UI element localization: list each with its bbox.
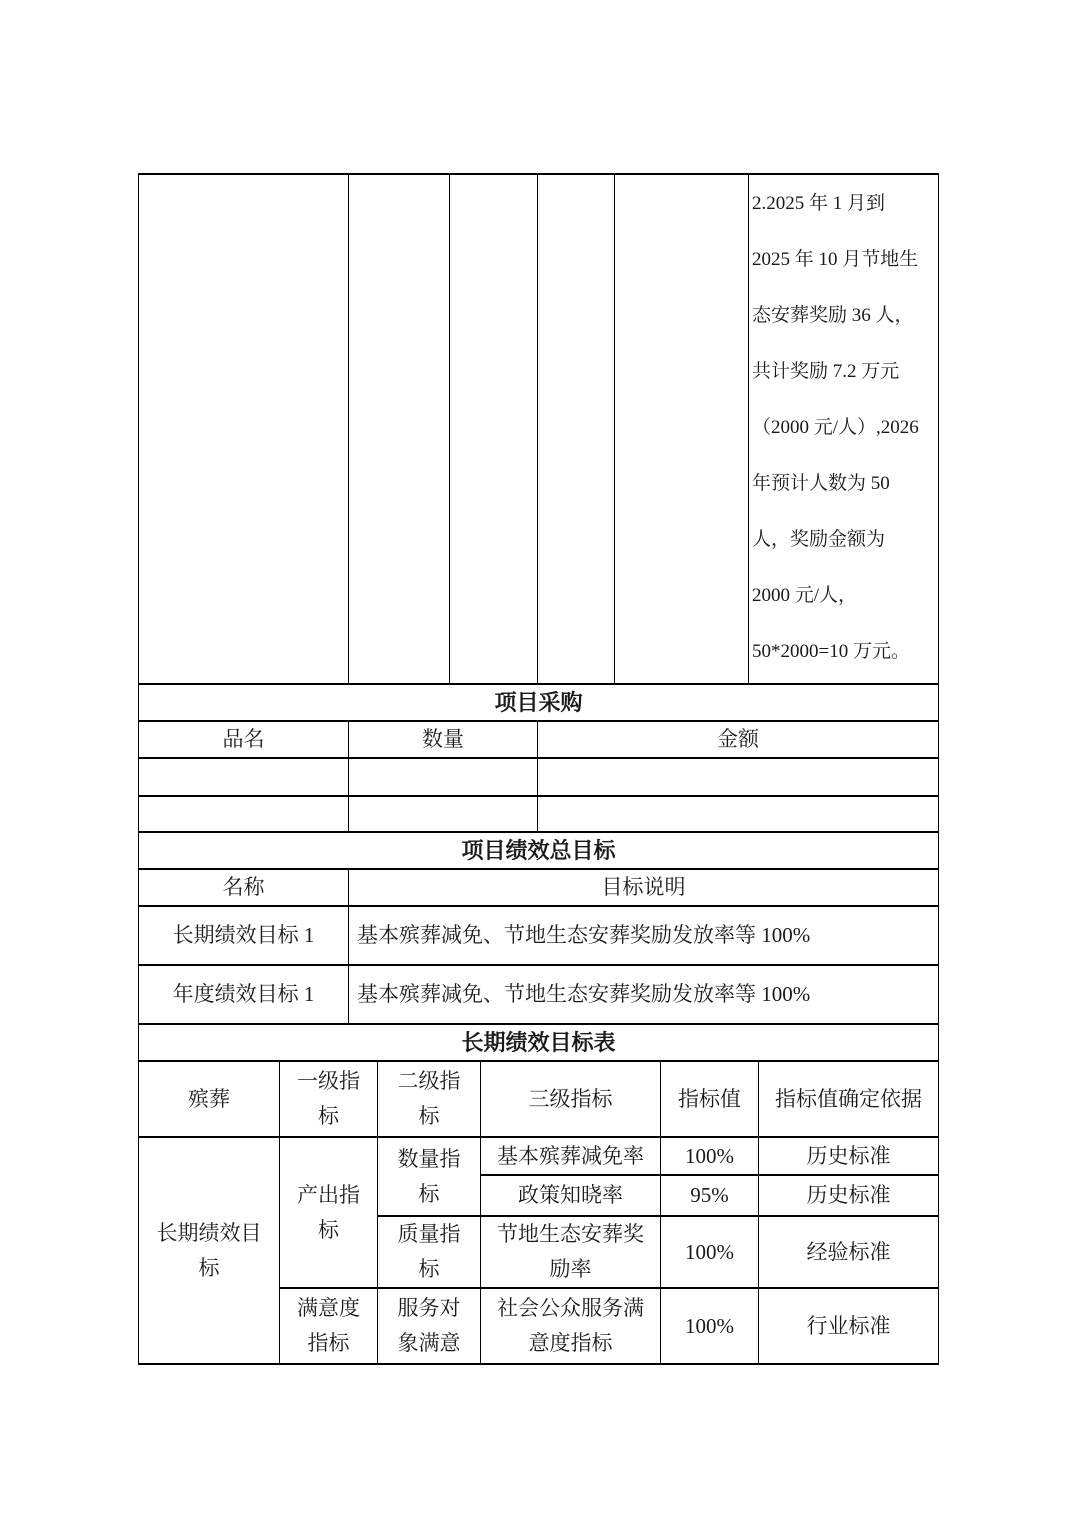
goal-description-cell: 基本殡葬减免、节地生态安葬奖励发放率等 100%: [349, 965, 939, 1024]
longterm-goals-header-row: 殡葬 一级指标 二级指标 三级指标 指标值 指标值确定依据: [139, 1061, 939, 1137]
carryover-empty-cell-2: [349, 174, 450, 684]
procurement-title: 项目采购: [139, 684, 939, 721]
indicator-level3-cell: 节地生态安葬奖励率: [481, 1216, 661, 1288]
procurement-row-1: [139, 758, 939, 796]
indicator-basis-cell: 历史标准: [759, 1137, 939, 1175]
procurement-header-quantity: 数量: [349, 721, 538, 758]
indicator-level1-cell: 产出指标: [280, 1137, 378, 1288]
procurement-header-item: 品名: [139, 721, 349, 758]
indicator-value-cell: 100%: [661, 1137, 759, 1175]
carryover-empty-cell-3: [450, 174, 538, 684]
indicator-group-label: 长期绩效目标: [139, 1137, 280, 1364]
goal-name-cell: 年度绩效目标 1: [139, 965, 349, 1024]
goal-description-cell: 基本殡葬减免、节地生态安葬奖励发放率等 100%: [349, 906, 939, 965]
indicator-basis-cell: 历史标准: [759, 1175, 939, 1216]
procurement-item-cell: [139, 796, 349, 832]
overall-goals-header-name: 名称: [139, 869, 349, 906]
indicator-header-category: 殡葬: [139, 1061, 280, 1137]
procurement-quantity-cell: [349, 796, 538, 832]
indicator-header-level2: 二级指标: [378, 1061, 481, 1137]
indicator-header-level3: 三级指标: [481, 1061, 661, 1137]
overall-goals-title: 项目绩效总目标: [139, 832, 939, 869]
indicator-level2-cell: 服务对象满意: [378, 1288, 481, 1364]
overall-goals-header-description: 目标说明: [349, 869, 939, 906]
indicator-basis-cell: 行业标准: [759, 1288, 939, 1364]
indicator-value-cell: 95%: [661, 1175, 759, 1216]
indicator-level1-cell: 满意度指标: [280, 1288, 378, 1364]
indicator-header-basis: 指标值确定依据: [759, 1061, 939, 1137]
longterm-goals-title-row: 长期绩效目标表: [139, 1024, 939, 1061]
procurement-row-2: [139, 796, 939, 832]
procurement-amount-cell: [538, 796, 939, 832]
carryover-empty-cell-1: [139, 174, 349, 684]
indicator-value-cell: 100%: [661, 1216, 759, 1288]
indicator-row-1: 长期绩效目标 产出指标 数量指标 基本殡葬减免率 100% 历史标准: [139, 1137, 939, 1175]
carryover-row: 2.2025 年 1 月到 2025 年 10 月节地生 态安葬奖励 36 人，…: [139, 174, 939, 684]
overall-goals-header-row: 名称 目标说明: [139, 869, 939, 906]
procurement-quantity-cell: [349, 758, 538, 796]
indicator-header-value: 指标值: [661, 1061, 759, 1137]
goal-name-cell: 长期绩效目标 1: [139, 906, 349, 965]
indicator-level3-cell: 政策知晓率: [481, 1175, 661, 1216]
indicator-level3-cell: 社会公众服务满意度指标: [481, 1288, 661, 1364]
indicator-level2-cell: 质量指标: [378, 1216, 481, 1288]
indicator-basis-cell: 经验标准: [759, 1216, 939, 1288]
carryover-empty-cell-4: [538, 174, 615, 684]
longterm-goals-title: 长期绩效目标表: [139, 1024, 939, 1061]
overall-goals-title-row: 项目绩效总目标: [139, 832, 939, 869]
overall-goal-row-annual: 年度绩效目标 1 基本殡葬减免、节地生态安葬奖励发放率等 100%: [139, 965, 939, 1024]
procurement-header-row: 品名 数量 金额: [139, 721, 939, 758]
procurement-header-amount: 金额: [538, 721, 939, 758]
document-page: 2.2025 年 1 月到 2025 年 10 月节地生 态安葬奖励 36 人，…: [0, 0, 1074, 1520]
indicator-value-cell: 100%: [661, 1288, 759, 1364]
indicator-level3-cell: 基本殡葬减免率: [481, 1137, 661, 1175]
indicator-level2-cell: 数量指标: [378, 1137, 481, 1216]
procurement-amount-cell: [538, 758, 939, 796]
indicator-header-level1: 一级指标: [280, 1061, 378, 1137]
budget-performance-table: 2.2025 年 1 月到 2025 年 10 月节地生 态安葬奖励 36 人，…: [138, 173, 939, 1365]
carryover-empty-cell-5: [615, 174, 749, 684]
carryover-note-cell: 2.2025 年 1 月到 2025 年 10 月节地生 态安葬奖励 36 人，…: [749, 174, 939, 684]
procurement-item-cell: [139, 758, 349, 796]
overall-goal-row-longterm: 长期绩效目标 1 基本殡葬减免、节地生态安葬奖励发放率等 100%: [139, 906, 939, 965]
procurement-title-row: 项目采购: [139, 684, 939, 721]
